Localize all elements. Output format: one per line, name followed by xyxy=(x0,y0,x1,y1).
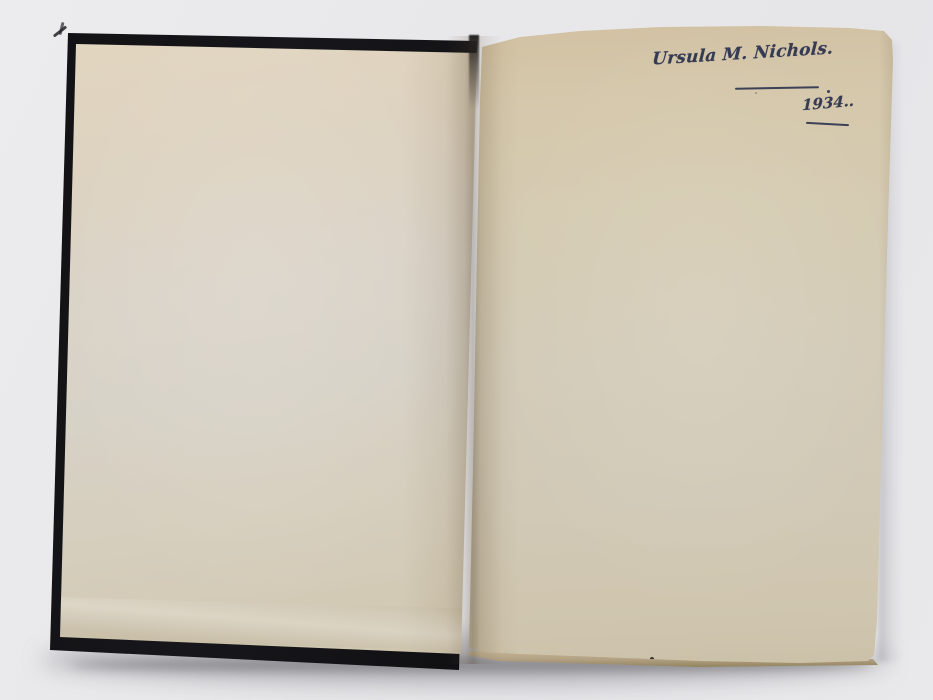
gutter-crease-shadow xyxy=(446,36,502,664)
handwritten-name: Ursula M. Nichols. xyxy=(652,40,834,68)
pastedown-endpaper xyxy=(48,31,480,672)
handwritten-year: 1934.. xyxy=(802,94,854,114)
photo-scene: Ursula M. Nichols. 1934.. xyxy=(0,0,933,700)
ownership-inscription: Ursula M. Nichols. 1934.. xyxy=(640,40,900,140)
name-underline xyxy=(735,86,819,89)
ink-dot xyxy=(827,90,830,93)
year-underline xyxy=(806,122,849,126)
